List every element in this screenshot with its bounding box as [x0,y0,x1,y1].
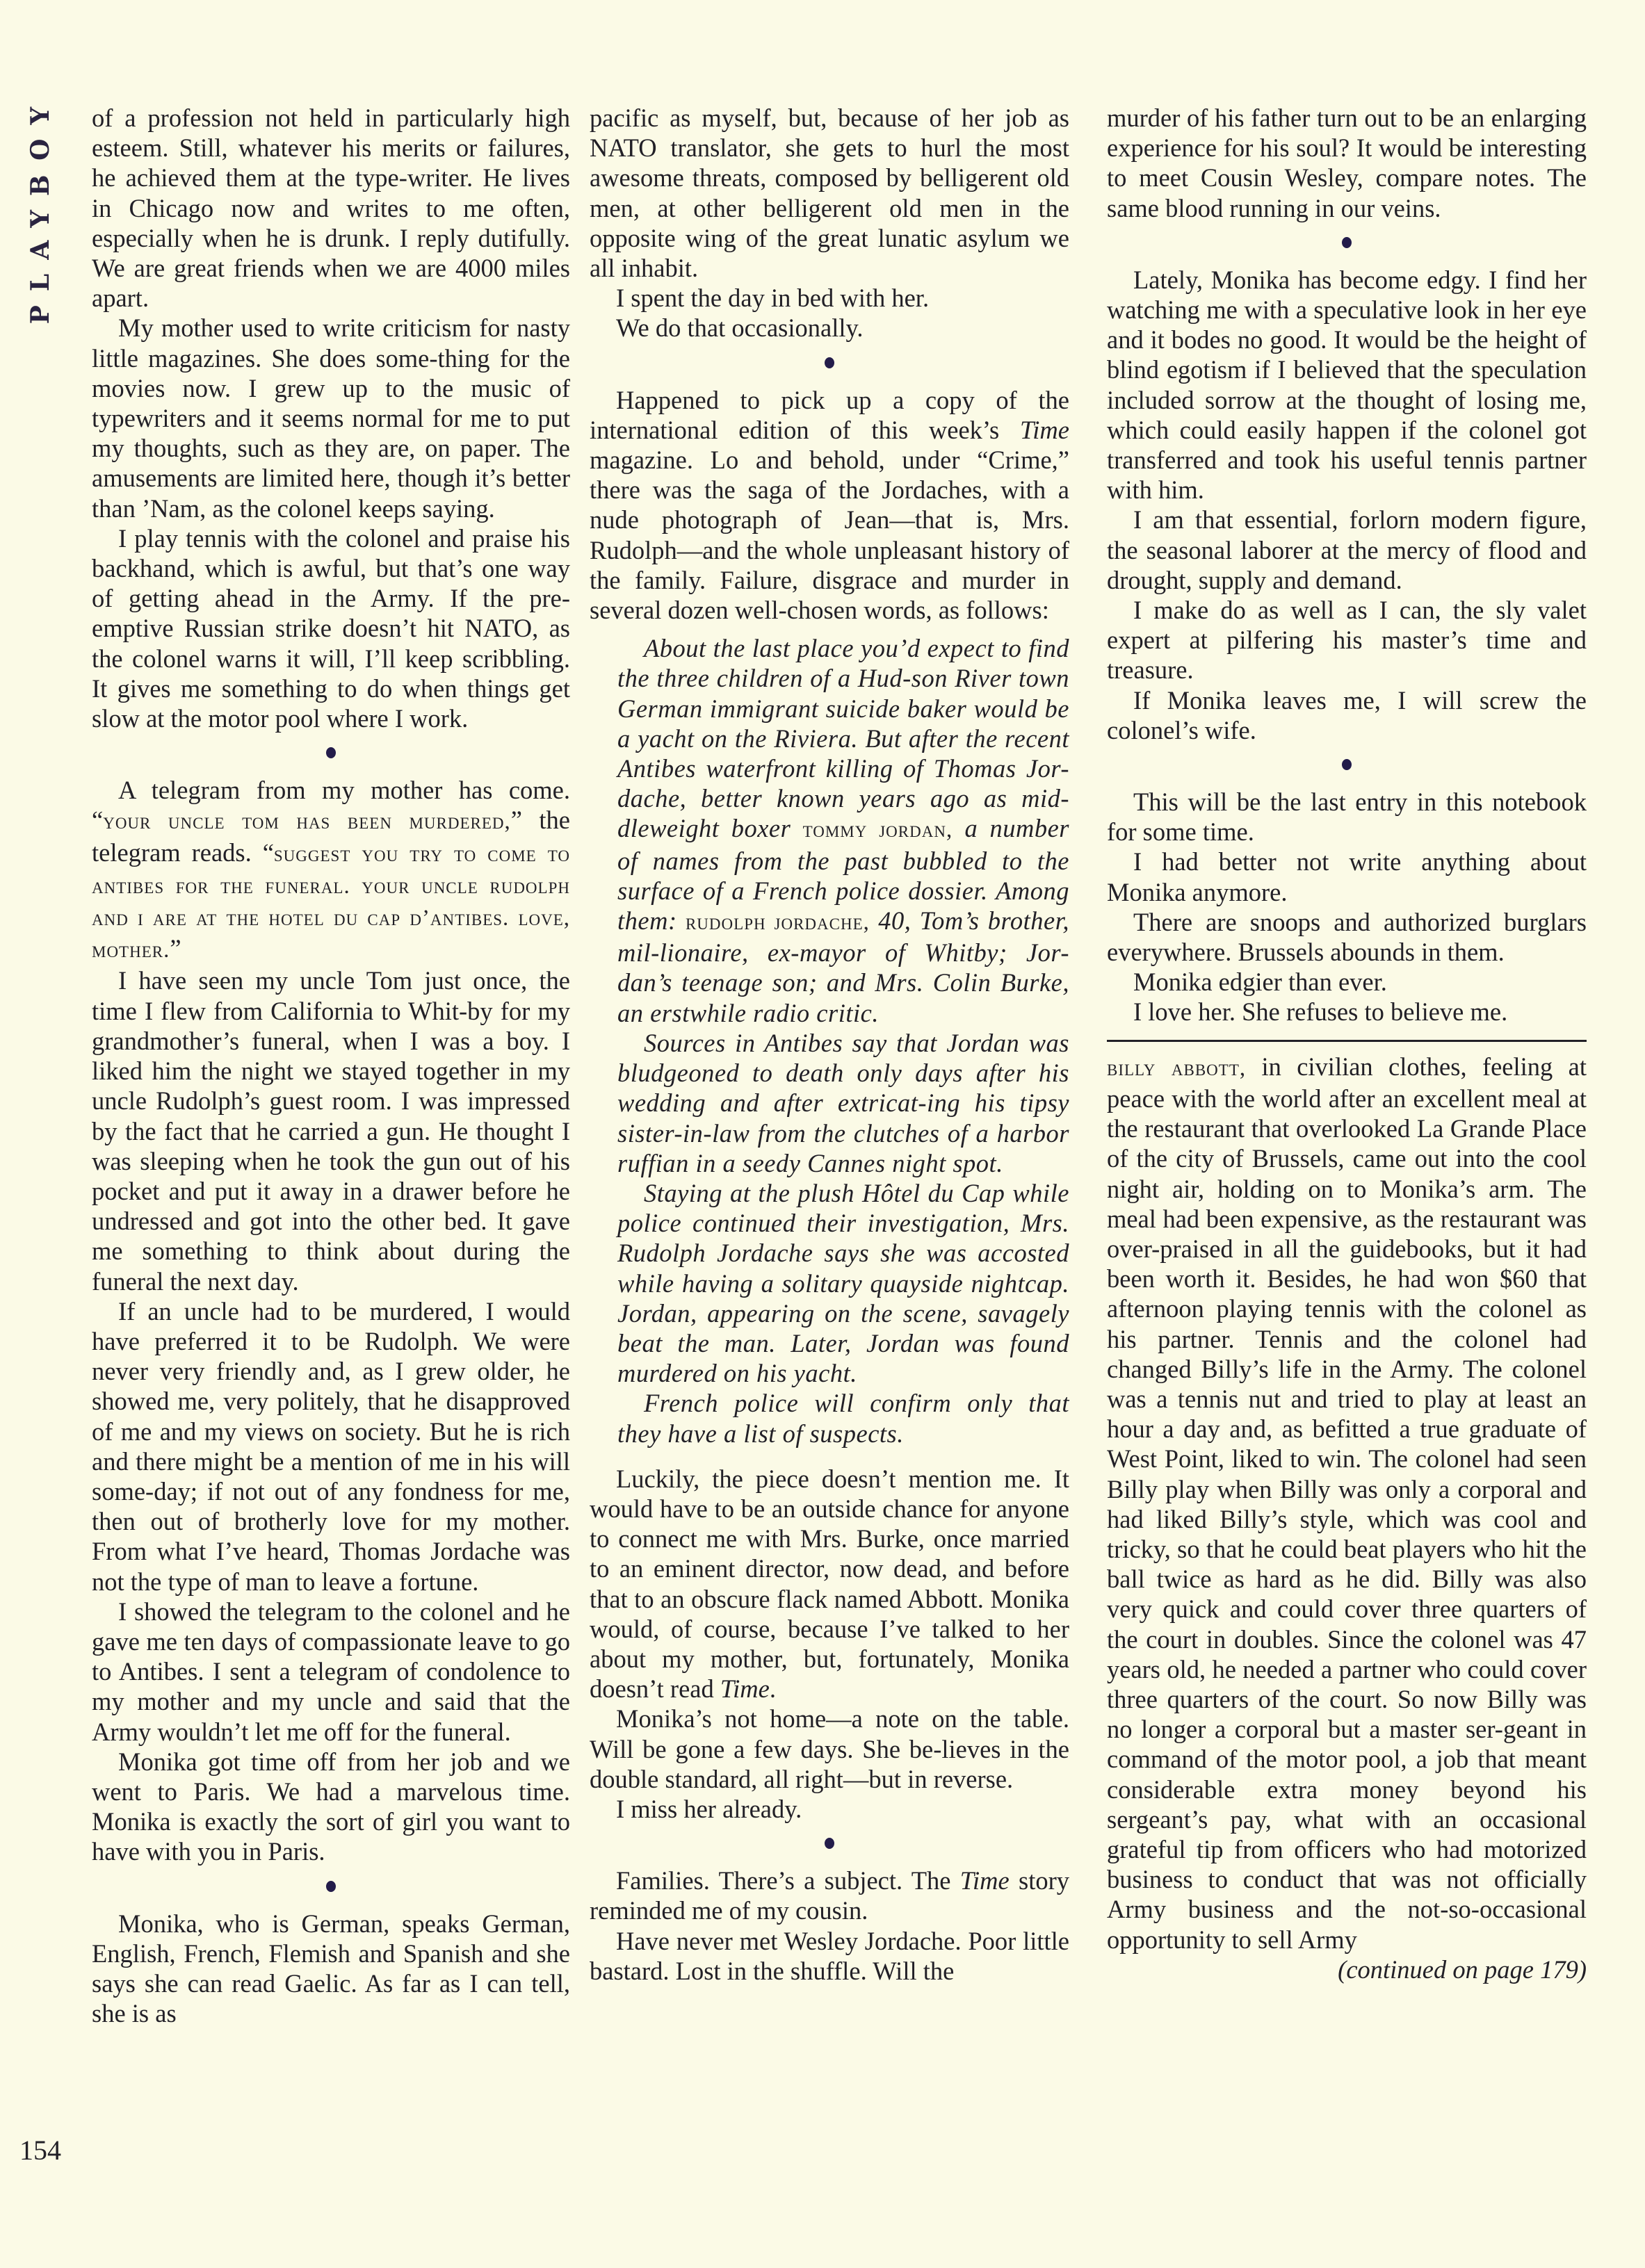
text-run: We do that occasionally. [616,313,864,342]
text-run: . [770,1674,776,1703]
section-bullet-icon [825,1838,834,1849]
paragraph: Monika got time off from her job and we … [92,1747,570,1867]
text-column-2: pacific as myself, but, because of her j… [590,103,1069,1986]
paragraph: Families. There’s a subject. The Time st… [590,1866,1069,1925]
section-bullet-icon [326,1881,336,1892]
section-bullet-icon [825,357,834,368]
section-bullet-icon [326,747,336,758]
paragraph: I miss her already. [590,1794,1069,1824]
paragraph: My mother used to write criticism for na… [92,313,570,523]
text-column-1: of a profession not held in particularly… [92,103,570,2028]
text-run: I love her. She refuses to believe me. [1133,997,1507,1026]
text-run: I miss her already. [616,1795,802,1823]
paragraph: I make do as well as I can, the sly vale… [1107,595,1587,685]
paragraph: Lately, Monika has become edgy. I find h… [1107,265,1587,505]
paragraph: Monika’s not home—a note on the table. W… [590,1704,1069,1794]
text-run: There are snoops and authorized burglars… [1107,908,1587,966]
paragraph: I showed the telegram to the colonel and… [92,1597,570,1747]
text-run: Happened to pick up a copy of the intern… [590,386,1069,444]
text-run: murder of his father turn out to be an e… [1107,104,1587,222]
text-run: I showed the telegram to the colonel and… [92,1597,570,1746]
continuation-note: (continued on page 179) [1107,1955,1587,1984]
paragraph: If Monika leaves me, I will screw the co… [1107,685,1587,745]
italic-text: Time [720,1674,770,1703]
small-caps-text: TOMMY JORDAN, [803,817,953,842]
text-run: (continued on page 179) [1338,1955,1587,1984]
text-run: Sources in Antibes say that Jordan was b… [617,1029,1069,1177]
text-column-3: murder of his father turn out to be an e… [1107,103,1587,1984]
text-run: I spent the day in bed with her. [616,284,929,312]
text-run: pacific as myself, but, because of her j… [590,104,1069,282]
text-run: About the last place you’d expect to fin… [617,634,1069,842]
paragraph: Monika edgier than ever. [1107,967,1587,997]
text-run: ” [170,934,181,963]
paragraph: Happened to pick up a copy of the intern… [590,385,1069,626]
paragraph: A telegram from my mother has come. “YOU… [92,775,570,965]
paragraph: Have never met Wesley Jordache. Poor lit… [590,1926,1069,1986]
text-run: This will be the last entry in this note… [1107,788,1587,846]
small-caps-text: BILLY ABBOTT, [1107,1056,1246,1081]
text-run: I had better not write anything about Mo… [1107,847,1587,906]
paragraph: I am that essential, forlorn modern figu… [1107,505,1587,595]
text-run: of a profession not held in particularly… [92,104,570,312]
text-run: Monika’s not home—a note on the table. W… [590,1704,1069,1793]
paragraph: of a profession not held in particularly… [92,103,570,313]
quoted-paragraph: About the last place you’d expect to fin… [617,633,1069,1028]
section-bullet-icon [1342,237,1352,248]
masthead-vertical: PLAYBOY [21,104,60,313]
paragraph: I spent the day in bed with her. [590,283,1069,313]
section-divider [1107,1040,1587,1042]
paragraph: I play tennis with the colonel and prais… [92,523,570,733]
quoted-paragraph: French police will confirm only that the… [617,1388,1069,1448]
text-run: Have never met Wesley Jordache. Poor lit… [590,1927,1069,1985]
paragraph: I had better not write anything about Mo… [1107,847,1587,906]
page-number: 154 [19,2134,61,2167]
text-run: If an uncle had to be murdered, I would … [92,1297,570,1596]
text-run: in civilian clothes, feeling at peace wi… [1107,1052,1587,1954]
paragraph: I have seen my uncle Tom just once, the … [92,965,570,1296]
text-run: My mother used to write criticism for na… [92,313,570,522]
small-caps-text: YOUR UNCLE TOM HAS BEEN MURDERED, [103,809,511,834]
masthead-text: PLAYBOY [26,93,55,324]
text-run: Monika got time off from her job and we … [92,1747,570,1866]
paragraph: We do that occasionally. [590,313,1069,343]
text-run: Monika edgier than ever. [1133,968,1387,996]
text-run: Luckily, the piece doesn’t mention me. I… [590,1465,1069,1703]
text-run: Lately, Monika has become edgy. I find h… [1107,266,1587,504]
paragraph: BILLY ABBOTT, in civilian clothes, feeli… [1107,1052,1587,1955]
italic-text: Time [960,1866,1010,1895]
magazine-page: PLAYBOY of a profession not held in part… [0,0,1645,2268]
quoted-paragraph: Staying at the plush Hôtel du Cap while … [617,1178,1069,1388]
text-run: If Monika leaves me, I will screw the co… [1107,686,1587,744]
section-bullet-icon [1342,759,1352,770]
text-run: Monika, who is German, speaks German, En… [92,1909,570,2028]
text-run: I play tennis with the colonel and prais… [92,524,570,733]
paragraph: pacific as myself, but, because of her j… [590,103,1069,283]
paragraph: Monika, who is German, speaks German, En… [92,1909,570,2029]
italic-text: Time [1020,416,1069,444]
small-caps-text: RUDOLPH JORDACHE, [686,910,870,935]
paragraph: murder of his father turn out to be an e… [1107,103,1587,223]
text-run: French police will confirm only that the… [617,1389,1069,1447]
paragraph: I love her. She refuses to believe me. [1107,997,1587,1027]
paragraph: If an uncle had to be murdered, I would … [92,1296,570,1597]
text-run: I have seen my uncle Tom just once, the … [92,966,570,1295]
text-run: Families. There’s a subject. The [616,1866,960,1895]
paragraph: This will be the last entry in this note… [1107,787,1587,847]
text-run: Staying at the plush Hôtel du Cap while … [617,1179,1069,1387]
text-run: I am that essential, forlorn modern figu… [1107,505,1587,594]
paragraph: There are snoops and authorized burglars… [1107,907,1587,967]
quoted-paragraph: Sources in Antibes say that Jordan was b… [617,1028,1069,1178]
paragraph: Luckily, the piece doesn’t mention me. I… [590,1464,1069,1704]
text-run: I make do as well as I can, the sly vale… [1107,596,1587,684]
text-run: magazine. Lo and behold, under “Crime,” … [590,446,1069,624]
